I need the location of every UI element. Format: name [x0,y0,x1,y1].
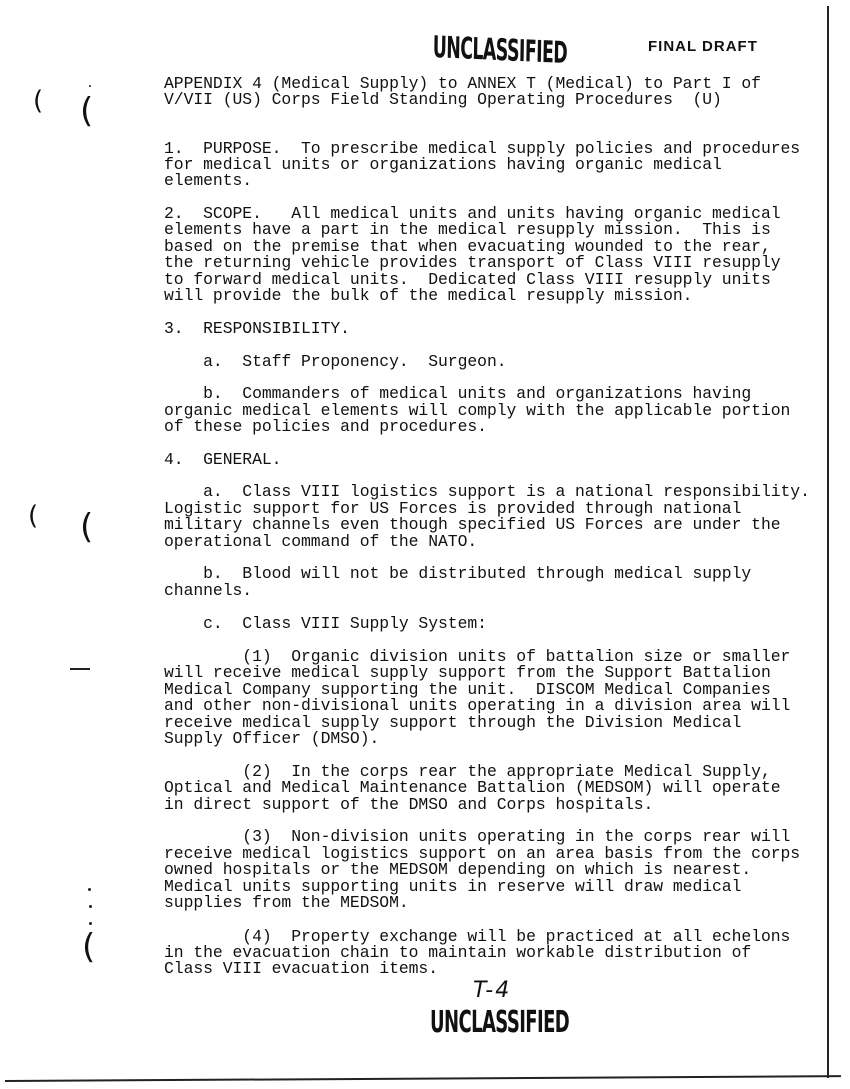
draft-status-label: FINAL DRAFT [648,38,758,55]
body-text-line: elements. [164,173,252,189]
margin-dot [89,905,92,908]
body-text-line: owned hospitals or the MEDSOM depending … [164,862,751,878]
body-text-line: Optical and Medical Maintenance Battalio… [164,780,781,796]
body-text-line: (3) Non-division units operating in the … [164,829,790,845]
body-text-line: 4. GENERAL. [164,452,281,468]
binder-hole-mark-icon: ( [33,88,43,114]
binder-hole-mark-icon: ( [28,503,38,529]
body-text-line: in direct support of the DMSO and Corps … [164,797,653,813]
page-border-right [827,6,829,1078]
page-border-bottom [5,1075,841,1082]
classification-stamp-bottom: UNCLASSIFIED [430,1005,569,1040]
body-text-line: the returning vehicle provides transport… [164,255,781,271]
body-text-line: operational command of the NATO. [164,534,477,550]
body-text-line: of these policies and procedures. [164,419,487,435]
classification-stamp-top: UNCLASSIFIED [432,30,567,71]
body-text-line: will provide the bulk of the medical res… [164,288,692,304]
body-text-line: and other non-divisional units operating… [164,698,790,714]
body-text-line: a. Staff Proponency. Surgeon. [164,354,507,370]
margin-dot [89,85,91,87]
body-text-line: Class VIII evacuation items. [164,961,438,977]
page-number: T-4 [473,978,511,1003]
body-text-line: 3. RESPONSIBILITY. [164,321,350,337]
body-text-line: c. Class VIII Supply System: [164,616,487,632]
body-text-line: b. Commanders of medical units and organ… [164,386,751,402]
margin-dash-mark [70,668,90,670]
body-text-line: elements have a part in the medical resu… [164,222,771,238]
margin-dot [89,922,92,925]
binder-hole-mark-icon: ( [80,510,93,544]
body-text-line: will receive medical supply support from… [164,665,771,681]
body-text-line: b. Blood will not be distributed through… [164,566,751,582]
binder-hole-mark-icon: ( [82,930,95,964]
body-text-line: a. Class VIII logistics support is a nat… [164,484,810,500]
margin-dot [88,888,91,891]
body-text-line: military channels even though specified … [164,517,781,533]
body-text-line: channels. [164,583,252,599]
appendix-title-line-2: V/VII (US) Corps Field Standing Operatin… [164,92,722,108]
body-text-line: supplies from the MEDSOM. [164,895,409,911]
body-text-line: Supply Officer (DMSO). [164,731,379,747]
document-page: UNCLASSIFIED FINAL DRAFT APPENDIX 4 (Med… [0,0,850,1089]
binder-hole-mark-icon: ( [80,94,93,128]
